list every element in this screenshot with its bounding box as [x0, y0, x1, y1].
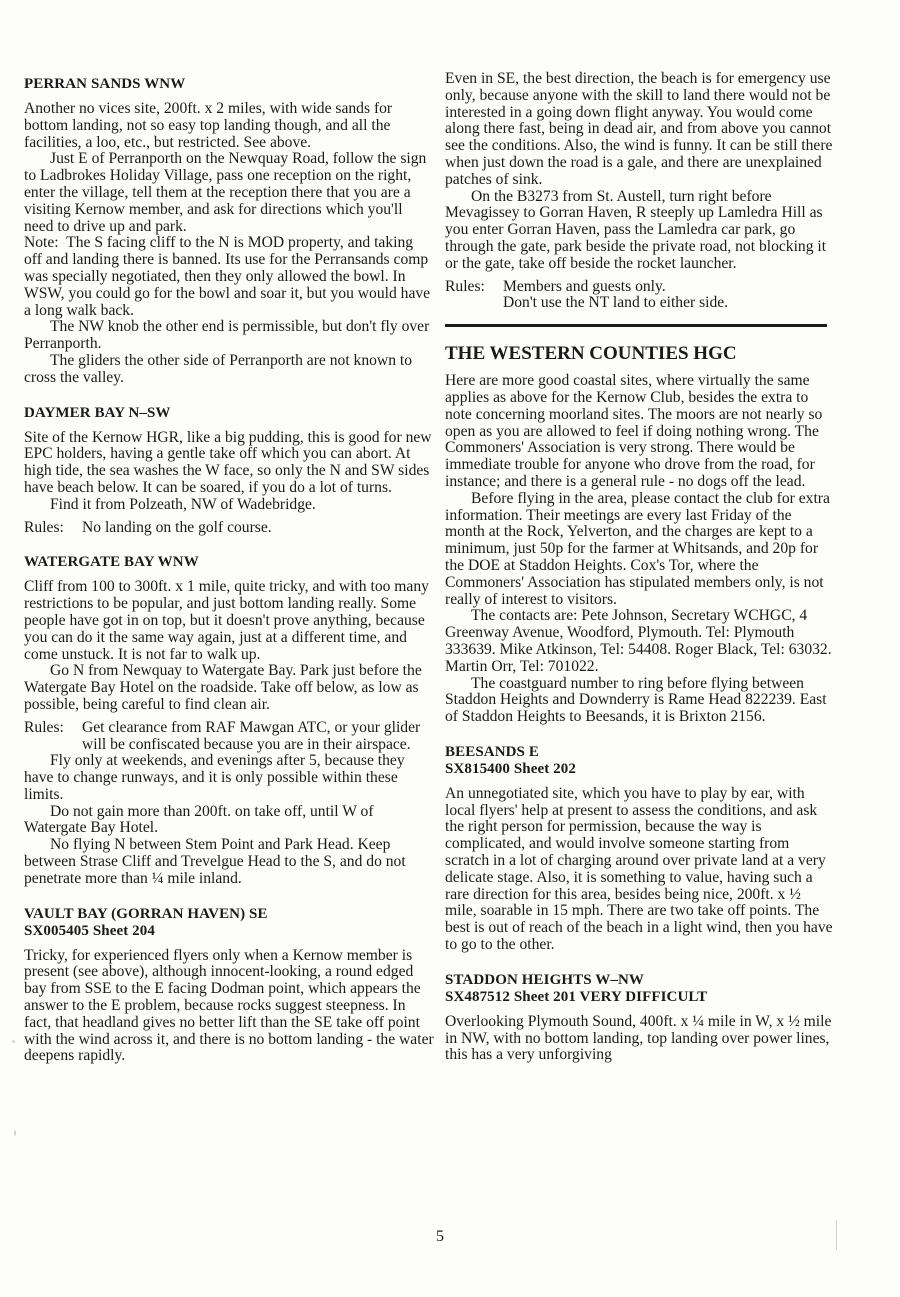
grid-reference: SX005405 Sheet 204	[24, 923, 434, 940]
paragraph: Overlooking Plymouth Sound, 400ft. x ¼ m…	[445, 1014, 835, 1064]
rules-text: Members and guests only.	[503, 279, 835, 296]
section-perran-sands: PERRAN SANDS WNW Another no vices site, …	[24, 76, 434, 387]
paragraph: Even in SE, the best direction, the beac…	[445, 71, 835, 189]
section-daymer-bay: DAYMER BAY N–SW Site of the Kernow HGR, …	[24, 405, 434, 537]
club-heading: THE WESTERN COUNTIES HGC	[445, 343, 835, 365]
section-beesands: BEESANDS E SX815400 Sheet 202 An unnegot…	[445, 744, 835, 954]
section-heading-block: STADDON HEIGHTS W–NW SX487512 Sheet 201 …	[445, 972, 835, 1006]
section-heading: WATERGATE BAY WNW	[24, 554, 434, 571]
note-text: The S facing cliff to the N is MOD prope…	[24, 234, 430, 318]
section-divider	[445, 324, 827, 327]
section-heading: PERRAN SANDS WNW	[24, 76, 434, 93]
section-heading: VAULT BAY (GORRAN HAVEN) SE	[24, 906, 434, 923]
rules-label: Rules:	[445, 279, 503, 296]
paragraph: Tricky, for experienced flyers only when…	[24, 948, 434, 1066]
paragraph: The NW knob the other end is permissible…	[24, 319, 434, 353]
paragraph: Fly only at weekends, and evenings after…	[24, 753, 434, 803]
section-vault-bay-continued: Even in SE, the best direction, the beac…	[445, 71, 835, 312]
section-watergate-bay: WATERGATE BAY WNW Cliff from 100 to 300f…	[24, 554, 434, 887]
section-heading: DAYMER BAY N–SW	[24, 405, 434, 422]
paragraph: Another no vices site, 200ft. x 2 miles,…	[24, 101, 434, 151]
paragraph: The gliders the other side of Perranport…	[24, 353, 434, 387]
note: Note: The S facing cliff to the N is MOD…	[24, 235, 434, 319]
rules-label: Rules:	[24, 720, 82, 754]
section-vault-bay: VAULT BAY (GORRAN HAVEN) SE SX005405 She…	[24, 906, 434, 1066]
rules: Rules: Get clearance from RAF Mawgan ATC…	[24, 720, 434, 754]
paragraph: Site of the Kernow HGR, like a big puddi…	[24, 430, 434, 497]
rules-label: Rules:	[24, 520, 82, 537]
paragraph: Just E of Perranporth on the Newquay Roa…	[24, 151, 434, 235]
paragraph: No flying N between Stem Point and Park …	[24, 837, 434, 887]
grid-reference: SX815400 Sheet 202	[445, 761, 835, 778]
rules: Rules: Members and guests only.	[445, 279, 835, 296]
paragraph: Cliff from 100 to 300ft. x 1 mile, quite…	[24, 579, 434, 663]
section-western-counties: THE WESTERN COUNTIES HGC Here are more g…	[445, 343, 835, 726]
section-heading: BEESANDS E	[445, 744, 835, 761]
scan-mark	[836, 1220, 837, 1250]
contacts-paragraph: The contacts are: Pete Johnson, Secretar…	[445, 608, 835, 675]
paragraph: An unnegotiated site, which you have to …	[445, 786, 835, 954]
left-column: PERRAN SANDS WNW Another no vices site, …	[24, 76, 434, 1083]
paragraph: On the B3273 from St. Austell, turn righ…	[445, 189, 835, 273]
rules-text: Get clearance from RAF Mawgan ATC, or yo…	[82, 720, 434, 754]
scan-speck	[12, 1040, 15, 1043]
section-heading: STADDON HEIGHTS W–NW	[445, 972, 835, 989]
paragraph: Do not gain more than 200ft. on take off…	[24, 804, 434, 838]
rules-text-line2: Don't use the NT land to either side.	[445, 295, 835, 312]
paragraph: Go N from Newquay to Watergate Bay. Park…	[24, 663, 434, 713]
section-heading-block: VAULT BAY (GORRAN HAVEN) SE SX005405 She…	[24, 906, 434, 940]
section-staddon-heights: STADDON HEIGHTS W–NW SX487512 Sheet 201 …	[445, 972, 835, 1064]
rules-text: No landing on the golf course.	[82, 520, 434, 537]
page-number: 5	[436, 1228, 444, 1246]
paragraph: Before flying in the area, please contac…	[445, 491, 835, 609]
section-heading-block: BEESANDS E SX815400 Sheet 202	[445, 744, 835, 778]
right-column: Even in SE, the best direction, the beac…	[445, 71, 835, 1082]
note-label: Note:	[24, 234, 59, 251]
paragraph: Find it from Polzeath, NW of Wadebridge.	[24, 497, 434, 514]
grid-reference: SX487512 Sheet 201 VERY DIFFICULT	[445, 989, 835, 1006]
rules: Rules: No landing on the golf course.	[24, 520, 434, 537]
paragraph: The coastguard number to ring before fly…	[445, 676, 835, 726]
scan-speck	[14, 1130, 16, 1136]
paragraph: Here are more good coastal sites, where …	[445, 373, 835, 491]
